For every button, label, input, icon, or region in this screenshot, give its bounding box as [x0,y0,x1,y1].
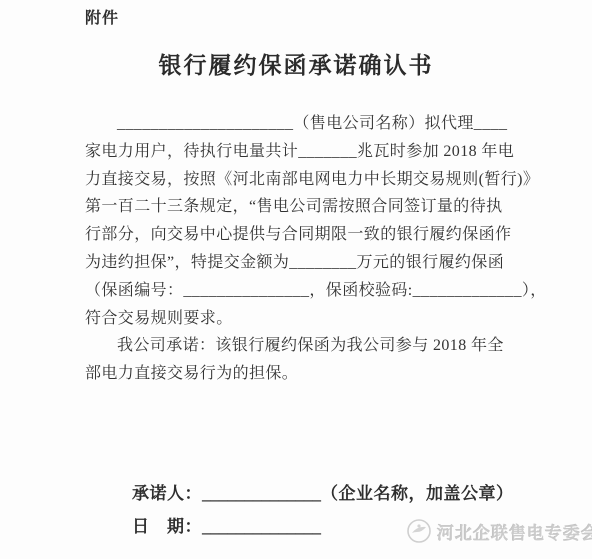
date-label: 日 期： [132,517,202,536]
attachment-label: 附件 [85,5,119,28]
body-line: 为违约担保”，特提交金额为________万元的银行履约保函 [85,249,525,277]
promisor-label: 承诺人： [132,484,202,503]
body-line: 行部分，向交易中心提供与合同期限一致的银行履约保函作 [85,221,525,249]
body-line: 力直接交易，按照《河北南部电网电力中长期交易规则(暂行)》 [85,166,525,194]
body-line: 家电力用户，待执行电量共计_______兆瓦时参加 2018 年电 [85,138,525,166]
body-line: 我公司承诺：该银行履约保函为我公司参与 2018 年全 [85,332,525,360]
document-page: 附件 银行履约保函承诺确认书 _____________________（售电公… [0,0,592,559]
watermark-text: 河北企联售电专委会 [437,519,592,544]
watermark-emblem-icon [406,518,432,544]
body-line: 第一百二十三条规定，“售电公司需按照合同签订量的待执 [85,193,525,221]
body-line: 部电力直接交易行为的担保。 [85,360,525,388]
body-line: 符合交易规则要求。 [85,305,525,333]
promisor-blank-line: ______________ [202,484,321,503]
body-line: （保函编号：_______________，保函校验码:____________… [85,277,525,305]
date-blank-line: ______________ [202,517,321,536]
promisor-row: 承诺人：______________（企业名称，加盖公章） [132,477,514,510]
document-body: _____________________（售电公司名称）拟代理____ 家电力… [85,110,525,388]
body-line: _____________________（售电公司名称）拟代理____ [85,110,525,138]
promisor-note: （企业名称，加盖公章） [321,484,514,503]
watermark: 河北企联售电专委会 [406,518,592,544]
document-title: 银行履约保函承诺确认书 [0,47,592,80]
